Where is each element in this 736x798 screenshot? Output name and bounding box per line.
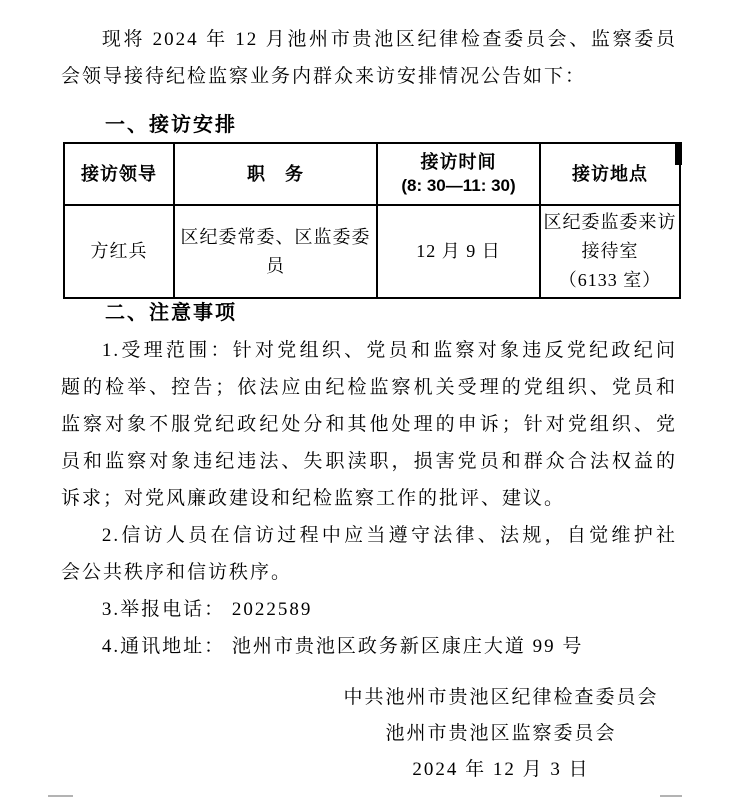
header-location: 接访地点 bbox=[540, 143, 680, 205]
cell-position: 区纪委常委、区监委委员 bbox=[174, 205, 377, 298]
text-line: 2.信访人员在信访过程中应当遵守法律、法规，自觉维护社 bbox=[61, 517, 677, 554]
signature-org2: 池州市贵池区监察委员会 bbox=[340, 716, 662, 752]
announcement-page: { "page": { "background": "#ffffff", "te… bbox=[0, 0, 736, 798]
text-line: 3.举报电话： 2022589 bbox=[61, 591, 677, 628]
text-line: 题的检举、控告；依法应由纪检监察机关受理的党组织、党员和 bbox=[61, 369, 677, 406]
notes-list: 1.受理范围：针对党组织、党员和监察对象违反党纪政纪问题的检举、控告；依法应由纪… bbox=[61, 332, 677, 665]
section2-heading: 二、注意事项 bbox=[63, 296, 679, 325]
page-edge-mark-right bbox=[660, 795, 682, 797]
cell-time: 12 月 9 日 bbox=[377, 205, 540, 298]
note-item-2: 2.信访人员在信访过程中应当遵守法律、法规，自觉维护社会公共秩序和信访秩序。 bbox=[61, 517, 677, 591]
section1-heading: 一、接访安排 bbox=[63, 108, 679, 137]
cell-location: 区纪委监委来访接待室（6133 室） bbox=[540, 205, 680, 298]
scan-artifact-mark bbox=[675, 142, 682, 165]
signature-block: 中共池州市贵池区纪律检查委员会 池州市贵池区监察委员会 2024 年 12 月 … bbox=[340, 680, 662, 788]
reception-schedule-table: 接访领导 职 务 接访时间 (8: 30—11: 30) 接访地点 方红兵 区纪… bbox=[63, 142, 681, 299]
text-line: 1.受理范围：针对党组织、党员和监察对象违反党纪政纪问 bbox=[61, 332, 677, 369]
text-line: 员和监察对象违纪违法、失职渎职，损害党员和群众合法权益的 bbox=[61, 443, 677, 480]
intro-paragraph: 现将 2024 年 12 月池州市贵池区纪律检查委员会、监察委员会领导接待纪检监… bbox=[61, 21, 677, 95]
note-item-3: 3.举报电话： 2022589 bbox=[61, 591, 677, 628]
header-time-title: 接访时间 bbox=[380, 151, 537, 174]
text-line: 4.通讯地址： 池州市贵池区政务新区康庄大道 99 号 bbox=[61, 628, 677, 665]
header-position: 职 务 bbox=[174, 143, 377, 205]
note-item-4: 4.通讯地址： 池州市贵池区政务新区康庄大道 99 号 bbox=[61, 628, 677, 665]
signature-org1: 中共池州市贵池区纪律检查委员会 bbox=[340, 680, 662, 716]
text-line: 会领导接待纪检监察业务内群众来访安排情况公告如下： bbox=[61, 58, 677, 95]
text-line: 监察对象不服党纪政纪处分和其他处理的申诉；针对党组织、党 bbox=[61, 406, 677, 443]
text-line: （6133 室） bbox=[543, 266, 677, 295]
cell-leader: 方红兵 bbox=[64, 205, 174, 298]
table-header-row: 接访领导 职 务 接访时间 (8: 30—11: 30) 接访地点 bbox=[64, 143, 680, 205]
table-row: 方红兵 区纪委常委、区监委委员 12 月 9 日 区纪委监委来访接待室（6133… bbox=[64, 205, 680, 298]
signature-date: 2024 年 12 月 3 日 bbox=[340, 752, 662, 788]
text-line: 诉求；对党风廉政建设和纪检监察工作的批评、建议。 bbox=[61, 480, 677, 517]
note-item-1: 1.受理范围：针对党组织、党员和监察对象违反党纪政纪问题的检举、控告；依法应由纪… bbox=[61, 332, 677, 517]
text-line: 会公共秩序和信访秩序。 bbox=[61, 554, 677, 591]
text-line: 区纪委监委来访 bbox=[543, 208, 677, 237]
text-line: 接待室 bbox=[543, 237, 677, 266]
header-time-range: (8: 30—11: 30) bbox=[380, 174, 537, 197]
text-line: 现将 2024 年 12 月池州市贵池区纪律检查委员会、监察委员 bbox=[61, 21, 677, 58]
header-leader: 接访领导 bbox=[64, 143, 174, 205]
page-edge-mark-left bbox=[48, 795, 73, 797]
header-time: 接访时间 (8: 30—11: 30) bbox=[377, 143, 540, 205]
